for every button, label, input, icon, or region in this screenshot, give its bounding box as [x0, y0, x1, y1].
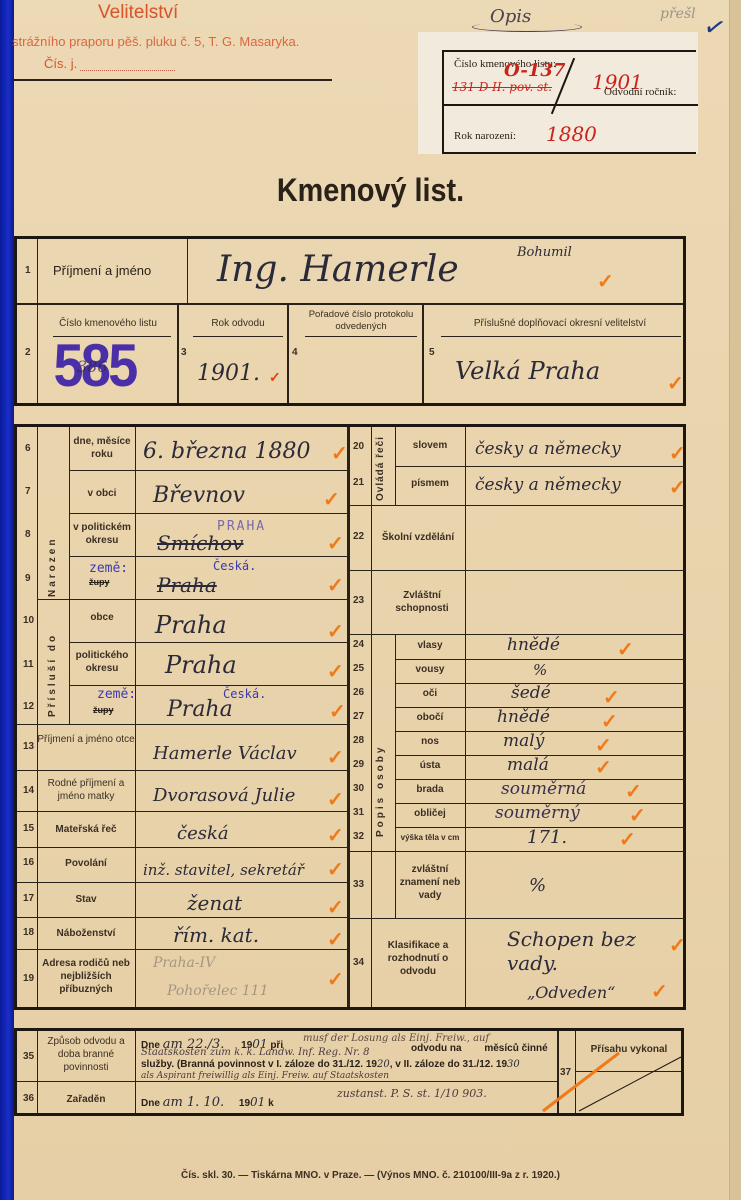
row-19-value-line1: Praha-IV [153, 955, 215, 971]
row-21-num: 21 [353, 477, 364, 488]
row-24-value: hnědé [507, 635, 560, 655]
row-32-value: 171. [527, 827, 567, 848]
row-6-label: dne, měsíce roku [69, 435, 135, 461]
row-23-num: 23 [353, 595, 364, 606]
row-24-num: 24 [353, 639, 364, 650]
row-30-num: 30 [353, 783, 364, 794]
row-35-line3: služby. (Branná povinnost v I. záloze do… [141, 1059, 520, 1070]
row-23-label: Zvláštní schopnosti [387, 589, 457, 615]
check-mark-icon: ✓ [595, 755, 612, 780]
row-11-label: politického okresu [69, 649, 135, 675]
row-5-num: 5 [429, 347, 435, 358]
row-11-value: Praha [165, 651, 237, 679]
row-10-value: Praha [155, 611, 227, 639]
check-mark-icon: ✓ [617, 637, 634, 662]
row-22-label: Školní vzdělání [371, 531, 465, 544]
row-17-num: 17 [23, 893, 34, 904]
row-25-label: vousy [395, 663, 465, 676]
pencil-note: přešl [660, 6, 696, 22]
row-35-label: Způsob odvodu a doba branné povinnosti [37, 1035, 135, 1074]
row-7-label: v obci [69, 487, 135, 500]
row-13-label: Příjmení a jméno otce [37, 733, 135, 746]
row-36-date: am 1. 10. [163, 1095, 224, 1110]
row-28-label: nos [395, 735, 465, 748]
blue-check-icon: ✓ [700, 10, 729, 46]
document-page: Velitelství strážního praporu pěš. pluku… [0, 0, 741, 1200]
label-cislo-old: 131 D II. pov. st. [452, 80, 552, 94]
check-mark-icon: ✓ [669, 441, 686, 466]
row-17-label: Stav [37, 893, 135, 906]
row-9-value: Praha [157, 573, 217, 597]
row-29-label: ústa [395, 759, 465, 772]
check-mark-icon: ✓ [323, 487, 340, 512]
row-28-value: malý [503, 731, 544, 751]
check-mark-icon: ✓ [327, 573, 344, 598]
row-26-value: šedé [511, 683, 551, 703]
row-34-value-line2: „Odveden“ [527, 983, 615, 1002]
check-mark-icon: ✓ [327, 531, 344, 556]
row-8-value: Smíchov [157, 531, 243, 555]
group-ovlada-reci: Ovládá řeči [375, 431, 386, 501]
row-25-num: 25 [353, 663, 364, 674]
row-35-hand-c: als Aspirant freiwillig als Einj. Freiw.… [141, 1071, 389, 1081]
row-1-value: Ing. Hamerle [217, 249, 459, 290]
row-33-num: 33 [353, 879, 364, 890]
row-9-struck-label: župy [89, 577, 110, 587]
page-edge [729, 0, 741, 1200]
row-18-value: řím. kat. [173, 923, 259, 947]
row-29-num: 29 [353, 759, 364, 770]
check-mark-icon: ✓ [327, 823, 344, 848]
check-mark-icon: ✓ [327, 927, 344, 952]
row-2-num: 2 [25, 347, 31, 358]
row-26-label: oči [395, 687, 465, 700]
group-prislusi: Přísluší do [47, 617, 58, 717]
row-2-old-value: 386 [77, 357, 108, 376]
row-35-odvodu: odvodu na měsíců činné [411, 1043, 548, 1054]
row-14-num: 14 [23, 785, 34, 796]
row-36-num: 36 [23, 1093, 34, 1104]
check-mark-icon: ✓ [651, 979, 668, 1004]
check-mark-icon: ✓ [329, 699, 346, 724]
row-30-value: souměrná [501, 779, 586, 799]
label-odvodni-rocnik: Odvodní ročník: [604, 86, 676, 98]
row-3-num: 3 [181, 347, 187, 358]
row-9-num: 9 [25, 573, 31, 584]
row-36-line: Dne am 1. 10. 1901 k [141, 1095, 274, 1110]
row-30-label: brada [395, 783, 465, 796]
row-3-label: Rok odvodu [189, 317, 287, 330]
row-13-value: Hamerle Václav [153, 743, 297, 764]
row-21-label: písmem [395, 477, 465, 490]
row-7-num: 7 [25, 486, 31, 497]
check-mark-icon: ✓ [327, 857, 344, 882]
section-personal: Narozen Přísluší do 6 dne, měsíce roku 6… [14, 424, 686, 1010]
row-12-stamp-label: země: [97, 687, 136, 702]
section-identity: 1 Příjmení a jméno Ing. Hamerle Bohumil … [14, 236, 686, 406]
row-34-label: Klasifikace a rozhodnutí o odvodu [371, 939, 465, 978]
row-12-value: Praha [167, 697, 233, 722]
check-mark-icon: ✓ [327, 895, 344, 920]
row-16-num: 16 [23, 857, 34, 868]
row-22-num: 22 [353, 531, 364, 542]
row-3-value: 1901. [197, 361, 260, 386]
check-mark-icon: ✓ [669, 475, 686, 500]
row-34-value-line1: Schopen bez vady. [507, 927, 683, 975]
row-33-label: zvláštní znamení neb vady [395, 863, 465, 902]
header-rule [14, 79, 332, 81]
row-13-num: 13 [23, 741, 34, 752]
check-mark-icon: ✓ [269, 369, 281, 386]
row-20-value: česky a německy [475, 439, 621, 459]
stamp-velitelstvi: Velitelství [98, 2, 178, 24]
row-18-label: Náboženství [37, 927, 135, 940]
check-mark-icon: ✓ [327, 967, 344, 992]
stamp-unit-name: strážního praporu pěš. pluku č. 5, T. G.… [12, 34, 299, 49]
row-6-value: 6. března 1880 [143, 439, 310, 464]
row-6-num: 6 [25, 443, 31, 454]
row-26-num: 26 [353, 687, 364, 698]
row-27-value: hnědé [497, 707, 550, 727]
check-mark-icon: ✓ [667, 371, 684, 396]
row-25-value: % [533, 661, 547, 679]
row-1-label: Příjmení a jméno [53, 263, 151, 278]
row-19-value-line2: Pohořelec 111 [167, 983, 268, 999]
row-15-label: Mateřská řeč [37, 823, 135, 836]
row-32-num: 32 [353, 831, 364, 842]
row-33-value: % [529, 875, 546, 896]
row-16-label: Povolání [37, 857, 135, 870]
row-5-value: Velká Praha [455, 357, 600, 385]
check-mark-icon: ✓ [331, 441, 348, 466]
row-8-num: 8 [25, 529, 31, 540]
row-5-label: Příslušné doplňovací okresní velitelství [437, 317, 683, 330]
row-27-label: obočí [395, 711, 465, 724]
check-mark-icon: ✓ [327, 619, 344, 644]
row-8-label: v politickém okresu [69, 521, 135, 547]
check-mark-icon: ✓ [597, 269, 614, 294]
row-9-stamp: Česká. [213, 559, 256, 573]
row-9-stamp-label: země: [89, 561, 128, 576]
row-28-num: 28 [353, 735, 364, 746]
check-mark-icon: ✓ [601, 709, 618, 734]
row-27-num: 27 [353, 711, 364, 722]
row-16-value: inž. stavitel, sekretář [143, 861, 304, 879]
check-mark-icon: ✓ [327, 659, 344, 684]
row-12-num: 12 [23, 701, 34, 712]
row-20-label: slovem [395, 439, 465, 452]
page-title: Kmenový list. [37, 172, 704, 209]
section-service: 35 Způsob odvodu a doba branné povinnost… [14, 1028, 684, 1116]
row-15-num: 15 [23, 823, 34, 834]
row-31-num: 31 [353, 807, 364, 818]
row-36-hand: zustanst. P. S. st. 1/10 903. [337, 1087, 487, 1100]
label-rok-narozeni: Rok narození: [454, 130, 516, 142]
row-37-strike-icon [537, 1051, 687, 1115]
group-popis-osoby: Popis osoby [375, 707, 386, 837]
row-24-label: vlasy [395, 639, 465, 652]
cj-dotted-line [80, 70, 175, 71]
row-20-num: 20 [353, 441, 364, 452]
label-cislo-new: O-137 [504, 60, 565, 81]
row-10-label: obce [69, 611, 135, 624]
row-29-value: malá [507, 755, 549, 775]
opis-flourish [472, 22, 582, 32]
check-mark-icon: ✓ [327, 787, 344, 812]
binding-spine [0, 0, 14, 1200]
row-17-value: ženat [187, 891, 242, 915]
check-mark-icon: ✓ [669, 933, 686, 958]
row-2-label: Číslo kmenového listu [39, 317, 177, 330]
row-18-num: 18 [23, 927, 34, 938]
check-mark-icon: ✓ [629, 803, 646, 828]
row-1-first-name: Bohumil [517, 245, 572, 260]
check-mark-icon: ✓ [603, 685, 620, 710]
label-card: Číslo kmenového listu: O-137 131 D II. p… [442, 50, 696, 154]
stamp-cj: Čís. j. [44, 56, 77, 71]
row-31-value: souměrný [495, 803, 580, 823]
row-32-label: výška těla v cm [395, 833, 465, 843]
row-15-value: česká [177, 823, 229, 844]
row-10-num: 10 [23, 615, 34, 626]
row-19-label: Adresa rodičů neb nejbližších příbuzných [37, 957, 135, 996]
group-narozen: Narozen [47, 467, 58, 597]
row-4-label: Pořadové číslo protokolu odvedených [301, 309, 421, 334]
row-14-value: Dvorasová Julie [153, 785, 295, 806]
row-35-hand-b: Staatskosten zum k. k. Landw. Inf. Reg. … [141, 1047, 370, 1058]
check-mark-icon: ✓ [619, 827, 636, 852]
row-34-num: 34 [353, 957, 364, 968]
row-36-label: Zařaděn [37, 1093, 135, 1106]
check-mark-icon: ✓ [327, 745, 344, 770]
print-footer: Čís. skl. 30. — Tiskárna MNO. v Praze. —… [0, 1170, 741, 1181]
row-12-struck-label: župy [93, 705, 114, 715]
row-7-value: Břevnov [153, 483, 245, 508]
row-4-num: 4 [292, 347, 298, 358]
row-31-label: obličej [395, 807, 465, 820]
row-35-num: 35 [23, 1051, 34, 1062]
row-11-num: 11 [23, 659, 34, 670]
row-1-num: 1 [25, 265, 31, 276]
label-rok-narozeni-value: 1880 [546, 122, 597, 146]
row-21-value: česky a německy [475, 475, 621, 495]
row-19-num: 19 [23, 973, 34, 984]
check-mark-icon: ✓ [625, 779, 642, 804]
row-14-label: Rodné příjmení a jméno matky [37, 777, 135, 803]
